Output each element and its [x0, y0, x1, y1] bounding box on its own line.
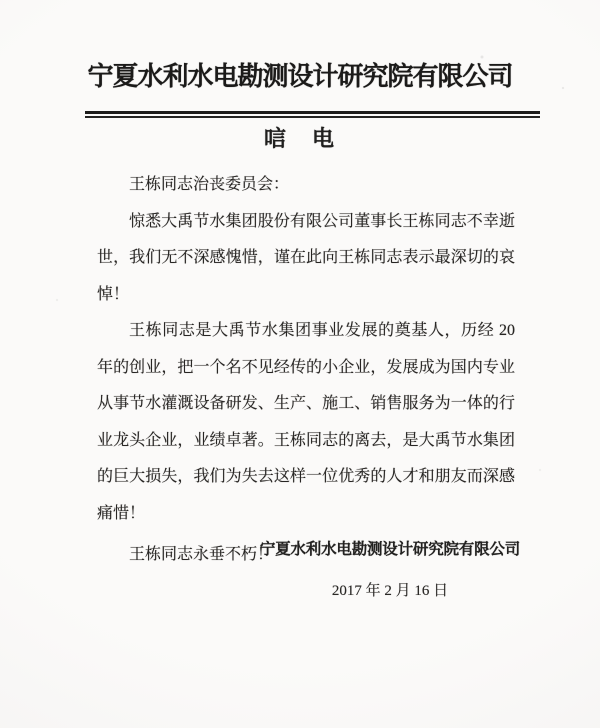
- salutation: 王栋同志治丧委员会：: [97, 167, 515, 204]
- letter-body: 王栋同志治丧委员会： 惊悉大禹节水集团股份有限公司董事长王栋同志不幸逝世，我们无…: [97, 167, 515, 574]
- letterhead-divider-rule: [85, 111, 540, 118]
- document-title: 唁 电: [0, 122, 600, 153]
- signature-date: 2017 年 2 月 16 日: [260, 581, 520, 601]
- paragraph-announcement: 惊悉大禹节水集团股份有限公司董事长王栋同志不幸逝世，我们无不深感愧惜，谨在此向王…: [97, 204, 515, 314]
- letterhead-organization: 宁夏水利水电勘测设计研究院有限公司: [0, 56, 600, 93]
- paragraph-eulogy: 王栋同志是大禹节水集团事业发展的奠基人，历经 20 年的创业，把一个名不见经传的…: [97, 313, 515, 532]
- signature-organization: 宁夏水利水电勘测设计研究院有限公司: [260, 539, 520, 561]
- condolence-letter-page: 宁夏水利水电勘测设计研究院有限公司 唁 电 王栋同志治丧委员会： 惊悉大禹节水集…: [0, 0, 600, 728]
- signature-block: 宁夏水利水电勘测设计研究院有限公司 2017 年 2 月 16 日: [260, 539, 520, 601]
